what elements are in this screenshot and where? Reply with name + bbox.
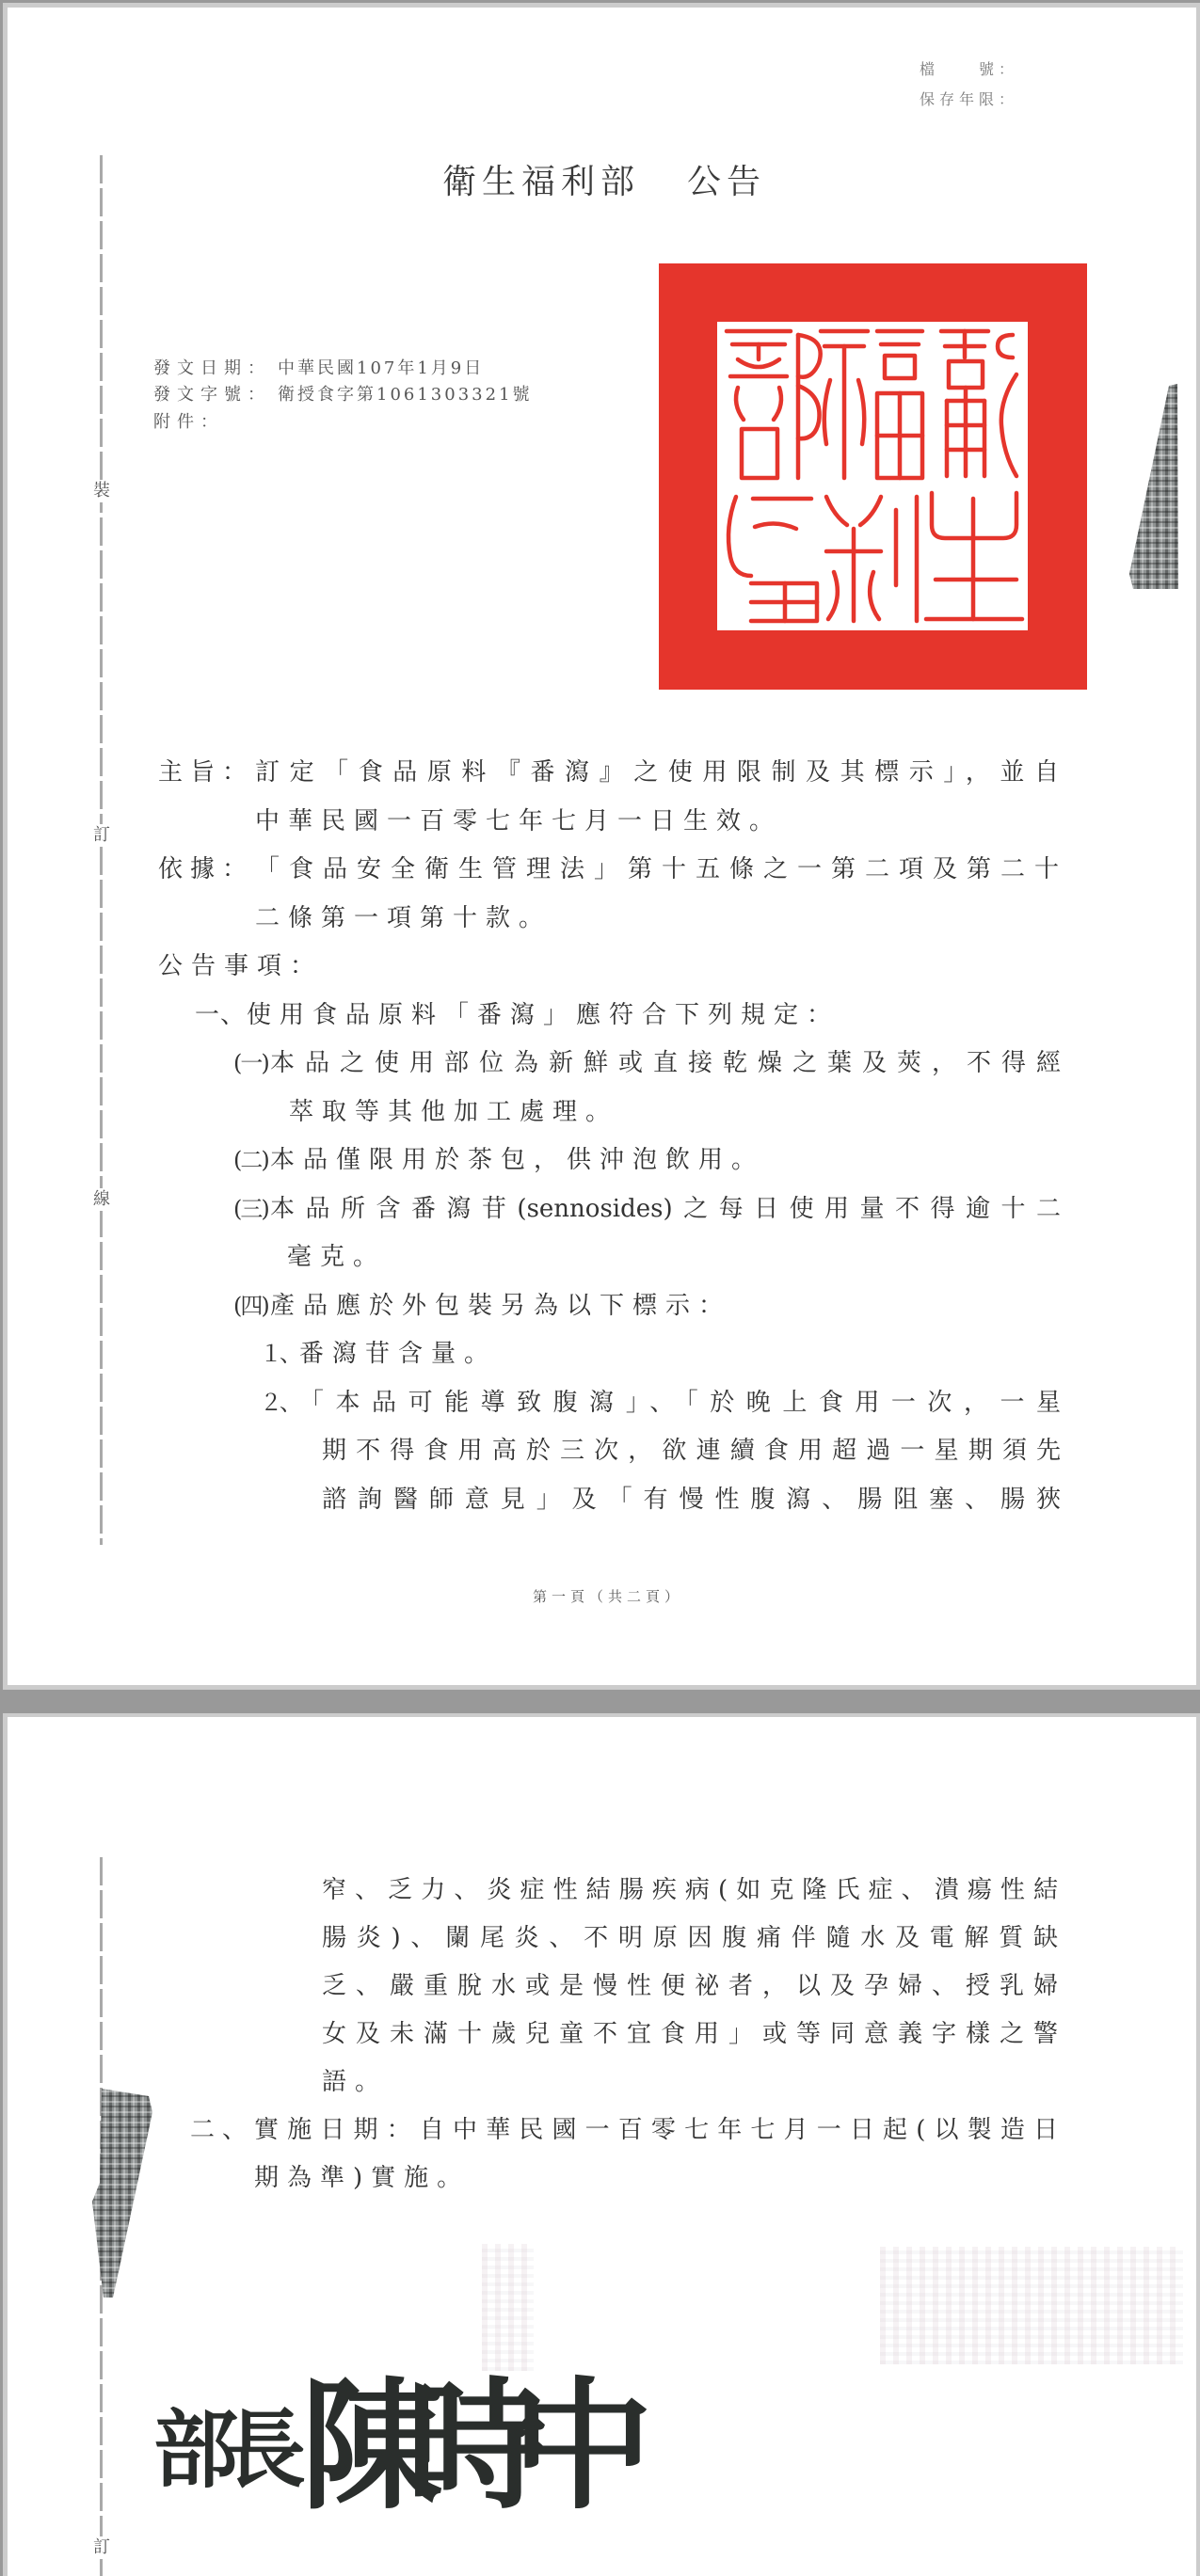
subitem-marker: (三) (233, 1195, 268, 1223)
subitem-marker: (一) (233, 1049, 268, 1077)
page-number: 第一頁（共二頁） (533, 1587, 683, 1606)
binding-mark-ding: 訂 (91, 824, 112, 847)
point-line: 諮詢醫師意見」及「有慢性腹瀉、腸阻塞、腸狹 (322, 1486, 1061, 1514)
point-line: 乏、嚴重脫水或是慢性便祕者，以及孕婦、授乳婦 (322, 1972, 1058, 2000)
point-line: 語。 (322, 2068, 388, 2096)
item-marker: 二、 (190, 2116, 254, 2144)
bleed-through-mark (880, 2247, 1183, 2364)
point-line: 番瀉苷含量。 (299, 1340, 497, 1368)
point-line: 期不得食用高於三次，欲連續食用超過一星期須先 (322, 1437, 1061, 1465)
subject-line: 訂定「食品原料『番瀉』之使用限制及其標示」，並自 (255, 758, 1059, 787)
item-line: 期為準)實施。 (254, 2164, 470, 2192)
basis-line: 「食品安全衛生管理法」第十五條之一第二項及第二十 (255, 855, 1059, 883)
point-line: 「本品可能導致腹瀉」、「於晚上食用一次，一星 (299, 1389, 1061, 1417)
file-number-label: 檔 號： (920, 60, 1018, 79)
basis-label: 依據： (158, 855, 254, 883)
binding-mark-ding: 訂 (91, 2536, 112, 2559)
subitem-line: 本品所含番瀉苷(sennosides)之每日使用量不得逾十二 (270, 1195, 1061, 1223)
subject-label: 主旨： (158, 758, 254, 787)
retention-period-label: 保存年限： (920, 90, 1018, 109)
signatory-name: 陳時中 (301, 2373, 617, 2520)
attachment-label: 附件： (153, 412, 224, 433)
document-viewer: 檔 號： 保存年限： 衛生福利部 公告 發文日期： 中華民國107年1月9日 發… (0, 0, 1200, 2576)
binding-mark-xian: 線 (91, 1188, 112, 1211)
issue-date-value: 中華民國107年1月9日 (278, 358, 484, 379)
announcement-label: 公告事項： (158, 952, 323, 980)
subitem-line: 萃取等其他加工處理。 (289, 1098, 618, 1126)
point-line: 女及未滿十歲兒童不宜食用」或等同意義字樣之警 (322, 2020, 1058, 2048)
item-line: 使用食品原料「番瀉」應符合下列規定： (247, 1001, 840, 1029)
subject-line: 中華民國一百零七年七月一日生效。 (255, 807, 782, 835)
subitem-line: 毫克。 (287, 1243, 386, 1271)
issuing-agency: 衛生福利部 (442, 164, 640, 201)
subitem-line: 產品應於外包裝另為以下標示： (270, 1292, 731, 1320)
point-line: 腸炎)、闌尾炎、不明原因腹痛伴隨水及電解質缺 (322, 1924, 1058, 1952)
point-line: 窄、乏力、炎症性結腸疾病(如克隆氏症、潰瘍性結 (322, 1876, 1058, 1904)
point-marker: ２、 (260, 1389, 299, 1417)
basis-line: 二條第一項第十款。 (255, 904, 552, 932)
item-marker: 一、 (195, 1001, 246, 1029)
subitem-line: 本品僅限用於茶包，供沖泡飲用。 (270, 1146, 764, 1174)
document-type: 公告 (687, 164, 766, 201)
subitem-marker: (二) (233, 1146, 268, 1174)
binding-line (100, 155, 103, 1545)
subitem-line: 本品之使用部位為新鮮或直接乾燥之葉及莢，不得經 (270, 1049, 1061, 1077)
issue-date-label: 發文日期： (153, 358, 271, 379)
seal-icon (659, 263, 1087, 690)
official-seal (659, 263, 1087, 690)
point-marker: １、 (260, 1340, 299, 1368)
reference-number-value: 衛授食字第1061303321號 (278, 385, 533, 405)
subitem-marker: (四) (233, 1292, 268, 1320)
bleed-through-mark (482, 2244, 534, 2371)
signatory-title: 部長 (153, 2405, 289, 2495)
binding-mark-zhuang: 裝 (91, 480, 112, 502)
reference-number-label: 發文字號： (153, 385, 271, 405)
item-line: 實施日期：自中華民國一百零七年七月一日起(以製造日 (254, 2116, 1058, 2144)
